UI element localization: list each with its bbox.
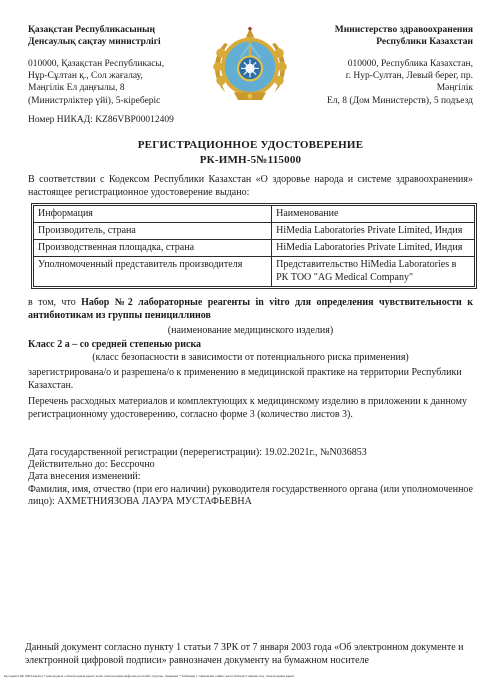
table-row: Производственная площадка, страна HiMedi… xyxy=(34,239,475,256)
ministry-name-ru-line1: Министерство здравоохранения xyxy=(311,24,473,36)
address-kk-line1: 010000, Қазақстан Республикасы, xyxy=(28,58,188,70)
header-ministry-russian: Министерство здравоохранения Республики … xyxy=(311,24,473,107)
registration-details: Дата государственной регистрации (перере… xyxy=(28,447,473,509)
product-prefix: в том, что xyxy=(28,297,81,308)
ministry-name-ru: Министерство здравоохранения Республики … xyxy=(311,24,473,49)
address-ru-line3: Ел, 8 (Дом Министерств), 5 подъезд xyxy=(311,95,473,107)
page-content: Қазақстан Республикасының Денсаулық сақт… xyxy=(28,0,473,509)
ministry-name-kk-line1: Қазақстан Республикасының xyxy=(28,24,188,36)
address-kk-line4: (Министрліктер үйі), 5-кіреберіс xyxy=(28,95,188,107)
address-ru-line2: г. Нур-Султан, Левый берег, пр. Мәңгілік xyxy=(311,70,473,95)
table-cell-value: HiMedia Laboratories Private Limited, Ин… xyxy=(272,222,475,239)
document-title-line1: РЕГИСТРАЦИОННОЕ УДОСТОВЕРЕНИЕ xyxy=(28,138,473,153)
table-cell-value: HiMedia Laboratories Private Limited, Ин… xyxy=(272,239,475,256)
product-statement: в том, что Набор №2 лабораторные реагент… xyxy=(28,296,473,323)
intro-paragraph: В соответствии с Кодексом Республики Каз… xyxy=(28,174,473,199)
registration-certificate-page: Қазақстан Республикасының Денсаулық сақт… xyxy=(0,0,495,700)
risk-class-label: Класс 2 а – со средней степенью риска xyxy=(28,339,473,350)
kazakhstan-coat-of-arms-icon xyxy=(206,24,294,106)
registered-statement: зарегистрирована/о и разрешена/о к приме… xyxy=(28,366,473,392)
footer-legal-kk-text: Бұл құжат ҚР 2003 жылғы 7 қаңтардағы «Эл… xyxy=(4,674,295,678)
table-cell-label: Производственная площадка, страна xyxy=(34,239,272,256)
table-row: Уполномоченный представитель производите… xyxy=(34,256,475,286)
registration-info-table: Информация Наименование Производитель, с… xyxy=(33,205,475,287)
certificate-number: РК-ИМН-5№115000 xyxy=(28,153,473,168)
amendment-date: Дата внесения изменений: xyxy=(28,471,473,483)
address-ru-line1: 010000, Республика Казахстан, xyxy=(311,58,473,70)
annex-statement: Перечень расходных материалов и комплект… xyxy=(28,395,473,421)
table-header-info: Информация xyxy=(34,205,272,222)
ministry-address-ru: 010000, Республика Казахстан, г. Нур-Сул… xyxy=(311,58,473,107)
product-caption: (наименование медицинского изделия) xyxy=(28,325,473,336)
document-title: РЕГИСТРАЦИОННОЕ УДОСТОВЕРЕНИЕ РК-ИМН-5№1… xyxy=(28,138,473,167)
ministry-name-kk: Қазақстан Республикасының Денсаулық сақт… xyxy=(28,24,188,49)
table-row: Производитель, страна HiMedia Laboratori… xyxy=(34,222,475,239)
table-cell-value: Представительство HiMedia Laboratories в… xyxy=(272,256,475,286)
risk-class-caption: (класс безопасности в зависимости от пот… xyxy=(28,352,473,363)
ministry-name-ru-line2: Республики Казахстан xyxy=(311,36,473,48)
product-name: Набор №2 лабораторные реагенты in vitro … xyxy=(28,297,473,322)
header-ministry-kazakh: Қазақстан Республикасының Денсаулық сақт… xyxy=(28,24,188,126)
table-cell-label: Производитель, страна xyxy=(34,222,272,239)
footer-legal-statement-ru: Данный документ согласно пункту 1 статьи… xyxy=(25,641,477,667)
head-official-name: Фамилия, имя, отчество (при его наличии)… xyxy=(28,484,473,509)
address-kk-line3: Мәңгілік Ел даңғылы, 8 xyxy=(28,82,188,94)
ministry-name-kk-line2: Денсаулық сақтау министрлігі xyxy=(28,36,188,48)
valid-until: Действительно до: Бессрочно xyxy=(28,459,473,471)
nikad-number: Номер НИКАД: KZ86VBP00012409 xyxy=(28,114,188,126)
footer-legal-statement-kk: Бұл құжат ҚР 2003 жылғы 7 қаңтардағы «Эл… xyxy=(4,668,495,678)
address-kk-line2: Нұр-Сұлтан қ., Сол жағалау, xyxy=(28,70,188,82)
table-cell-label: Уполномоченный представитель производите… xyxy=(34,256,272,286)
registration-date: Дата государственной регистрации (перере… xyxy=(28,447,473,459)
table-header-row: Информация Наименование xyxy=(34,205,475,222)
ministry-address-kk: 010000, Қазақстан Республикасы, Нұр-Сұлт… xyxy=(28,58,188,107)
table-header-name: Наименование xyxy=(272,205,475,222)
document-header: Қазақстан Республикасының Денсаулық сақт… xyxy=(28,24,473,126)
